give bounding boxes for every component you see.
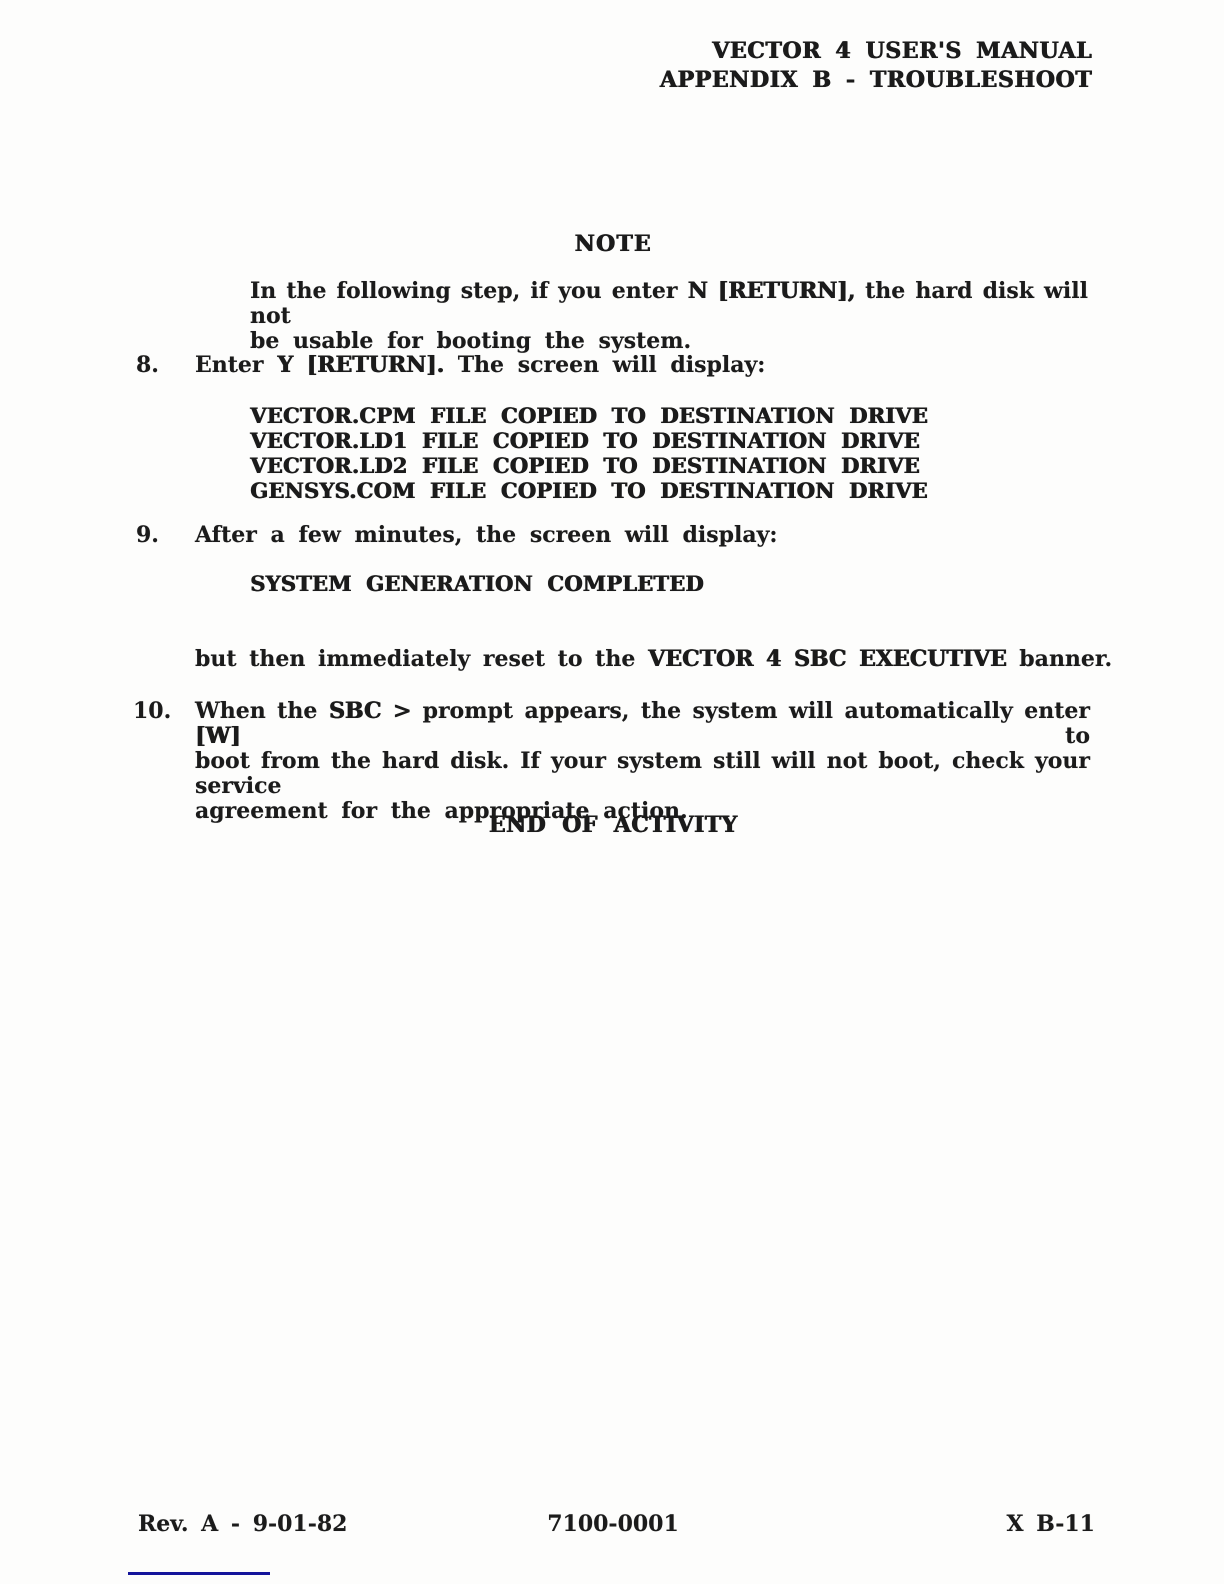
executive-banner-name: VECTOR 4 SBC EXECUTIVE bbox=[648, 646, 1007, 672]
text-run: The screen will display: bbox=[444, 352, 765, 378]
reset-banner-note: but then immediately reset to the VECTOR… bbox=[195, 646, 1112, 672]
note-line-1: In the following step, if you enter N [R… bbox=[250, 279, 1088, 329]
text-run: When the bbox=[195, 698, 329, 724]
step-10-text: When the SBC > prompt appears, the syste… bbox=[195, 699, 1090, 824]
step-8-item: 8. Enter Y [RETURN]. The screen will dis… bbox=[136, 353, 765, 378]
text-run: prompt appears, the system will automati… bbox=[411, 698, 1090, 724]
output-line: GENSYS.COM FILE COPIED TO DESTINATION DR… bbox=[250, 478, 928, 503]
step-8-text: Enter Y [RETURN]. The screen will displa… bbox=[195, 353, 765, 378]
footer-doc-number: 7100-0001 bbox=[136, 1511, 1090, 1537]
text-run: Enter bbox=[195, 352, 277, 378]
text-run: In the following step, if you enter bbox=[250, 278, 687, 304]
step-9-item: 9. After a few minutes, the screen will … bbox=[136, 523, 778, 548]
text-run: banner. bbox=[1007, 646, 1113, 672]
footer-underline bbox=[128, 1572, 270, 1575]
step-10-line-1: When the SBC > prompt appears, the syste… bbox=[195, 699, 1090, 749]
output-line: VECTOR.LD2 FILE COPIED TO DESTINATION DR… bbox=[250, 453, 928, 478]
step-8-number: 8. bbox=[136, 353, 195, 378]
text-run: to bbox=[241, 723, 1090, 749]
note-line-2: be usable for booting the system. bbox=[250, 329, 1088, 354]
keycap-w: [W] bbox=[195, 723, 241, 749]
step-10-line-2: boot from the hard disk. If your system … bbox=[195, 749, 1090, 799]
note-heading: NOTE bbox=[136, 231, 1090, 257]
step-10-item: 10. When the SBC > prompt appears, the s… bbox=[133, 699, 1090, 824]
sbc-prompt: SBC > bbox=[329, 698, 411, 724]
step-9-text: After a few minutes, the screen will dis… bbox=[195, 523, 778, 548]
footer-page-number: X B-11 bbox=[1007, 1511, 1095, 1537]
note-paragraph: In the following step, if you enter N [R… bbox=[250, 279, 1088, 354]
text-run: but then immediately reset to the bbox=[195, 646, 648, 672]
page-header: VECTOR 4 USER'S MANUAL APPENDIX B - TROU… bbox=[660, 37, 1092, 95]
header-title: VECTOR 4 USER'S MANUAL bbox=[660, 37, 1092, 66]
keycap-n-return: N [RETURN], bbox=[687, 278, 855, 304]
header-subtitle: APPENDIX B - TROUBLESHOOT bbox=[660, 66, 1092, 95]
end-of-activity-marker: END OF ACTIVITY bbox=[136, 812, 1090, 838]
output-line: VECTOR.CPM FILE COPIED TO DESTINATION DR… bbox=[250, 403, 928, 428]
screen-output-block: VECTOR.CPM FILE COPIED TO DESTINATION DR… bbox=[250, 403, 928, 503]
keycap-y-return: Y [RETURN]. bbox=[277, 352, 444, 378]
output-line: VECTOR.LD1 FILE COPIED TO DESTINATION DR… bbox=[250, 428, 928, 453]
step-10-number: 10. bbox=[133, 699, 195, 824]
system-generation-result: SYSTEM GENERATION COMPLETED bbox=[250, 571, 704, 596]
step-9-number: 9. bbox=[136, 523, 195, 548]
manual-page: VECTOR 4 USER'S MANUAL APPENDIX B - TROU… bbox=[0, 0, 1224, 1584]
